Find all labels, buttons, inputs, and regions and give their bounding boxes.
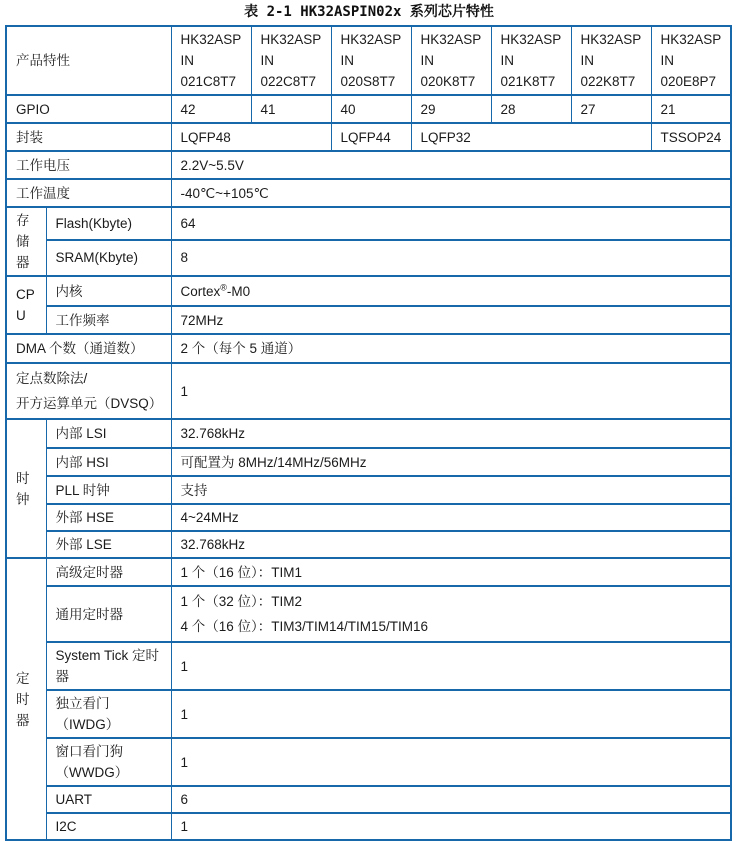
header-part-020s8t7: HK32ASPIN 020S8T7	[331, 26, 411, 95]
hse-value: 4~24MHz	[171, 504, 731, 531]
core-value-text: Cortex	[181, 284, 221, 299]
advanced-timer-value: 1 个（16 位）：TIM1	[171, 558, 731, 586]
pll-label: PLL 时钟	[46, 476, 171, 504]
header-part-021k8t7: HK32ASPIN 021K8T7	[491, 26, 571, 95]
gpio-value: 21	[651, 95, 731, 123]
gpio-value: 40	[331, 95, 411, 123]
gpio-value: 41	[251, 95, 331, 123]
uart-row: UART 6	[6, 786, 731, 813]
gpio-value: 29	[411, 95, 491, 123]
iwdg-value: 1	[171, 690, 731, 738]
dma-label: DMA 个数（通道数）	[6, 334, 171, 363]
lse-label: 外部 LSE	[46, 531, 171, 558]
general-timer-value-line1: 1 个（32 位）：TIM2	[181, 589, 725, 614]
hsi-row: 内部 HSI 可配置为 8MHz/14MHz/56MHz	[6, 448, 731, 476]
registered-mark: ®	[220, 282, 227, 292]
header-product-features: 产品特性	[6, 26, 171, 95]
flash-row: 存储器 Flash(Kbyte) 64	[6, 207, 731, 240]
datasheet-page: 表 2-1 HK32ASPIN02x 系列芯片特性 产品特性 HK32ASPIN…	[0, 0, 738, 841]
gpio-value: 27	[571, 95, 651, 123]
lsi-row: 时钟 内部 LSI 32.768kHz	[6, 419, 731, 448]
general-timer-value-line2: 4 个（16 位）：TIM3/TIM14/TIM15/TIM16	[181, 614, 725, 639]
i2c-label: I2C	[46, 813, 171, 840]
package-label: 封装	[6, 123, 171, 151]
general-timer-value: 1 个（32 位）：TIM2 4 个（16 位）：TIM3/TIM14/TIM1…	[171, 586, 731, 642]
pll-value: 支持	[171, 476, 731, 504]
lsi-value: 32.768kHz	[171, 419, 731, 448]
dma-row: DMA 个数（通道数） 2 个（每个 5 通道）	[6, 334, 731, 363]
lse-row: 外部 LSE 32.768kHz	[6, 531, 731, 558]
wwdg-label-line1: 窗口看门狗	[56, 741, 165, 762]
hsi-value: 可配置为 8MHz/14MHz/56MHz	[171, 448, 731, 476]
dvsq-label-line2: 开方运算单元（DVSQ）	[16, 391, 165, 416]
temperature-label: 工作温度	[6, 179, 171, 207]
uart-value: 6	[171, 786, 731, 813]
sram-label: SRAM(Kbyte)	[46, 240, 171, 276]
header-part-020k8t7: HK32ASPIN 020K8T7	[411, 26, 491, 95]
dma-value: 2 个（每个 5 通道）	[171, 334, 731, 363]
wwdg-row: 窗口看门狗 （WWDG） 1	[6, 738, 731, 786]
systick-row: System Tick 定时器 1	[6, 642, 731, 690]
header-part-022c8t7: HK32ASPIN 022C8T7	[251, 26, 331, 95]
iwdg-label-line2: （IWDG）	[56, 714, 165, 735]
frequency-row: 工作频率 72MHz	[6, 306, 731, 334]
header-row: 产品特性 HK32ASPIN 021C8T7 HK32ASPIN 022C8T7…	[6, 26, 731, 95]
gpio-label: GPIO	[6, 95, 171, 123]
chip-features-table: 产品特性 HK32ASPIN 021C8T7 HK32ASPIN 022C8T7…	[5, 25, 732, 841]
package-tssop24: TSSOP24	[651, 123, 731, 151]
core-value-suffix: -M0	[227, 284, 250, 299]
temperature-row: 工作温度 -40℃~+105℃	[6, 179, 731, 207]
hse-label: 外部 HSE	[46, 504, 171, 531]
core-label: 内核	[46, 276, 171, 306]
i2c-row: I2C 1	[6, 813, 731, 840]
gpio-row: GPIO 42 41 40 29 28 27 21	[6, 95, 731, 123]
package-lqfp44: LQFP44	[331, 123, 411, 151]
package-lqfp32: LQFP32	[411, 123, 651, 151]
sram-row: SRAM(Kbyte) 8	[6, 240, 731, 276]
header-part-022k8t7: HK32ASPIN 022K8T7	[571, 26, 651, 95]
lsi-label: 内部 LSI	[46, 419, 171, 448]
general-timer-label: 通用定时器	[46, 586, 171, 642]
hse-row: 外部 HSE 4~24MHz	[6, 504, 731, 531]
header-part-020e8p7: HK32ASPIN 020E8P7	[651, 26, 731, 95]
wwdg-label: 窗口看门狗 （WWDG）	[46, 738, 171, 786]
systick-value: 1	[171, 642, 731, 690]
cpu-group-label: CPU	[6, 276, 46, 334]
timer-group-label: 定时器	[6, 558, 46, 840]
iwdg-label-line1: 独立看门	[56, 693, 165, 714]
i2c-value: 1	[171, 813, 731, 840]
general-timer-row: 通用定时器 1 个（32 位）：TIM2 4 个（16 位）：TIM3/TIM1…	[6, 586, 731, 642]
package-row: 封装 LQFP48 LQFP44 LQFP32 TSSOP24	[6, 123, 731, 151]
wwdg-value: 1	[171, 738, 731, 786]
header-part-021c8t7: HK32ASPIN 021C8T7	[171, 26, 251, 95]
dvsq-row: 定点数除法/ 开方运算单元（DVSQ） 1	[6, 363, 731, 419]
core-value: Cortex®-M0	[171, 276, 731, 306]
voltage-value: 2.2V~5.5V	[171, 151, 731, 179]
voltage-row: 工作电压 2.2V~5.5V	[6, 151, 731, 179]
voltage-label: 工作电压	[6, 151, 171, 179]
frequency-value: 72MHz	[171, 306, 731, 334]
dvsq-value: 1	[171, 363, 731, 419]
pll-row: PLL 时钟 支持	[6, 476, 731, 504]
clock-group-label: 时钟	[6, 419, 46, 558]
advanced-timer-row: 定时器 高级定时器 1 个（16 位）：TIM1	[6, 558, 731, 586]
flash-label: Flash(Kbyte)	[46, 207, 171, 240]
iwdg-row: 独立看门 （IWDG） 1	[6, 690, 731, 738]
dvsq-label-line1: 定点数除法/	[16, 366, 165, 391]
lse-value: 32.768kHz	[171, 531, 731, 558]
sram-value: 8	[171, 240, 731, 276]
temperature-value: -40℃~+105℃	[171, 179, 731, 207]
gpio-value: 42	[171, 95, 251, 123]
uart-label: UART	[46, 786, 171, 813]
hsi-label: 内部 HSI	[46, 448, 171, 476]
memory-group-label: 存储器	[6, 207, 46, 276]
package-lqfp48: LQFP48	[171, 123, 331, 151]
gpio-value: 28	[491, 95, 571, 123]
iwdg-label: 独立看门 （IWDG）	[46, 690, 171, 738]
dvsq-label: 定点数除法/ 开方运算单元（DVSQ）	[6, 363, 171, 419]
advanced-timer-label: 高级定时器	[46, 558, 171, 586]
flash-value: 64	[171, 207, 731, 240]
wwdg-label-line2: （WWDG）	[56, 762, 165, 783]
systick-label: System Tick 定时器	[46, 642, 171, 690]
table-caption: 表 2-1 HK32ASPIN02x 系列芯片特性	[0, 0, 738, 22]
frequency-label: 工作频率	[46, 306, 171, 334]
core-row: CPU 内核 Cortex®-M0	[6, 276, 731, 306]
